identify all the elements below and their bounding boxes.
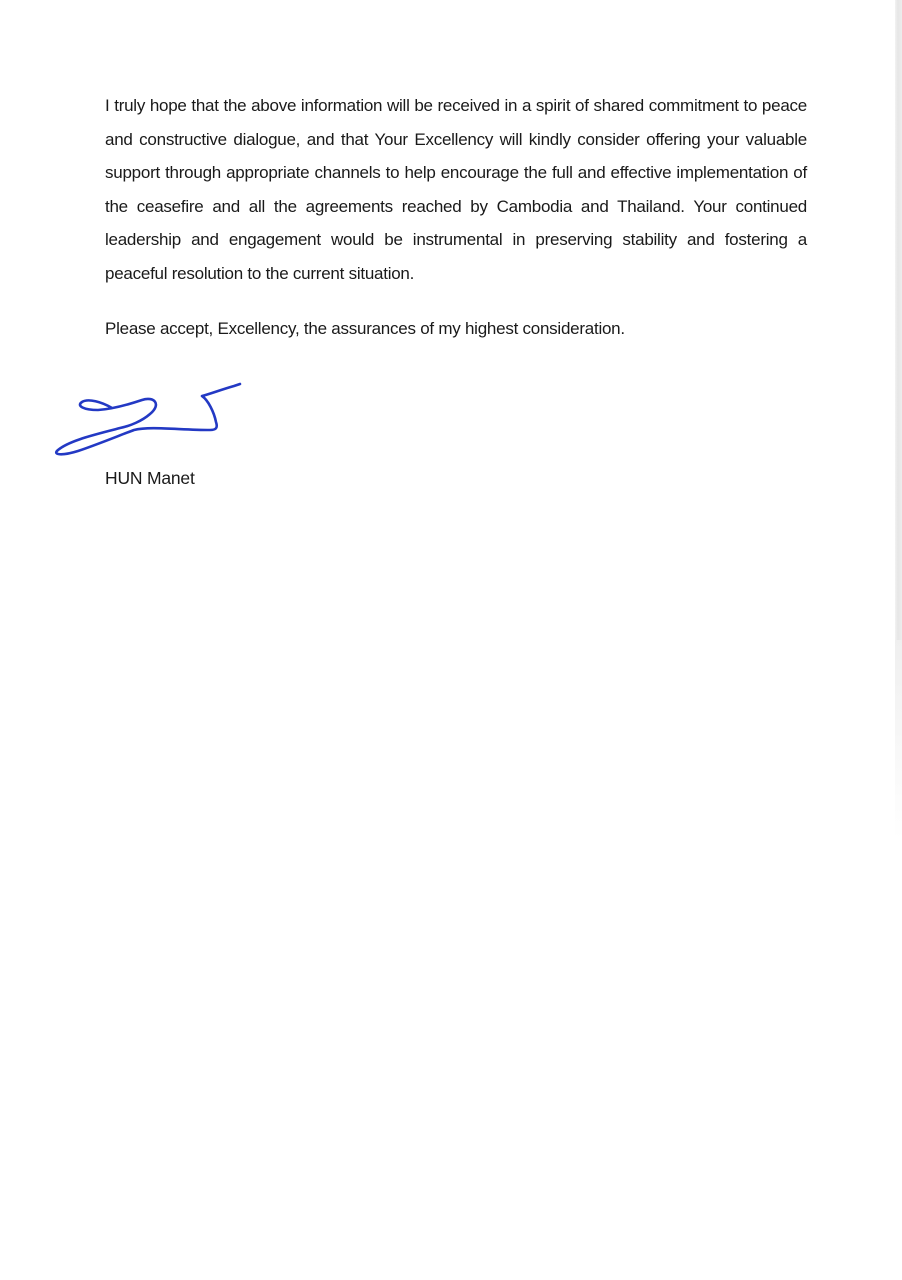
- closing-paragraph-request: I truly hope that the above information …: [105, 89, 807, 290]
- closing-paragraph-courtesy: Please accept, Excellency, the assurance…: [105, 312, 807, 346]
- signer-name: HUN Manet: [105, 468, 195, 489]
- page-edge-shadow-fade: [895, 640, 902, 840]
- letter-page: I truly hope that the above information …: [0, 0, 902, 1280]
- page-edge-shadow: [895, 0, 902, 640]
- signature-icon: [50, 378, 250, 458]
- letter-body: I truly hope that the above information …: [105, 89, 807, 346]
